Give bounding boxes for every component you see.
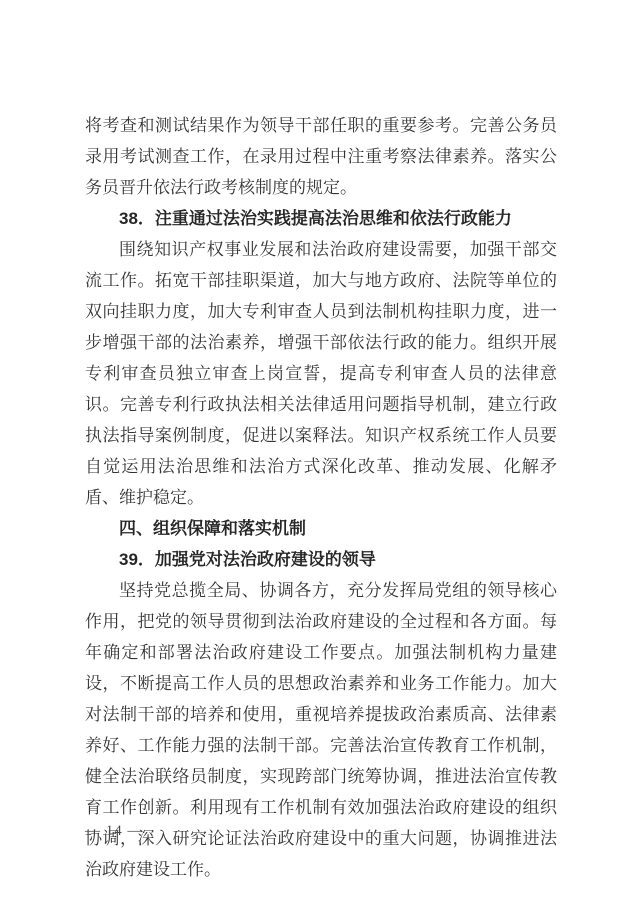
document-page: 将考查和测试结果作为领导干部任职的重要参考。完善公务员录用考试测查工作，在录用过…	[0, 0, 640, 906]
paragraph-continued-from-previous-page: 将考查和测试结果作为领导干部任职的重要参考。完善公务员录用考试测查工作，在录用过…	[85, 110, 557, 203]
document-text-block: 将考查和测试结果作为领导干部任职的重要参考。完善公务员录用考试测查工作，在录用过…	[85, 110, 557, 885]
heading-item-39: 39．加强党对法治政府建设的领导	[85, 544, 557, 575]
paragraph-item-38-body: 围绕知识产权事业发展和法治政府建设需要，加强干部交流工作。拓宽干部挂职渠道，加大…	[85, 234, 557, 513]
heading-section-four: 四、组织保障和落实机制	[85, 513, 557, 544]
paragraph-item-39-body: 坚持党总揽全局、协调各方，充分发挥局党组的领导核心作用，把党的领导贯彻到法治政府…	[85, 575, 557, 885]
heading-item-38: 38．注重通过法治实践提高法治思维和依法行政能力	[85, 203, 557, 234]
page-number: — 14 —	[85, 820, 144, 842]
